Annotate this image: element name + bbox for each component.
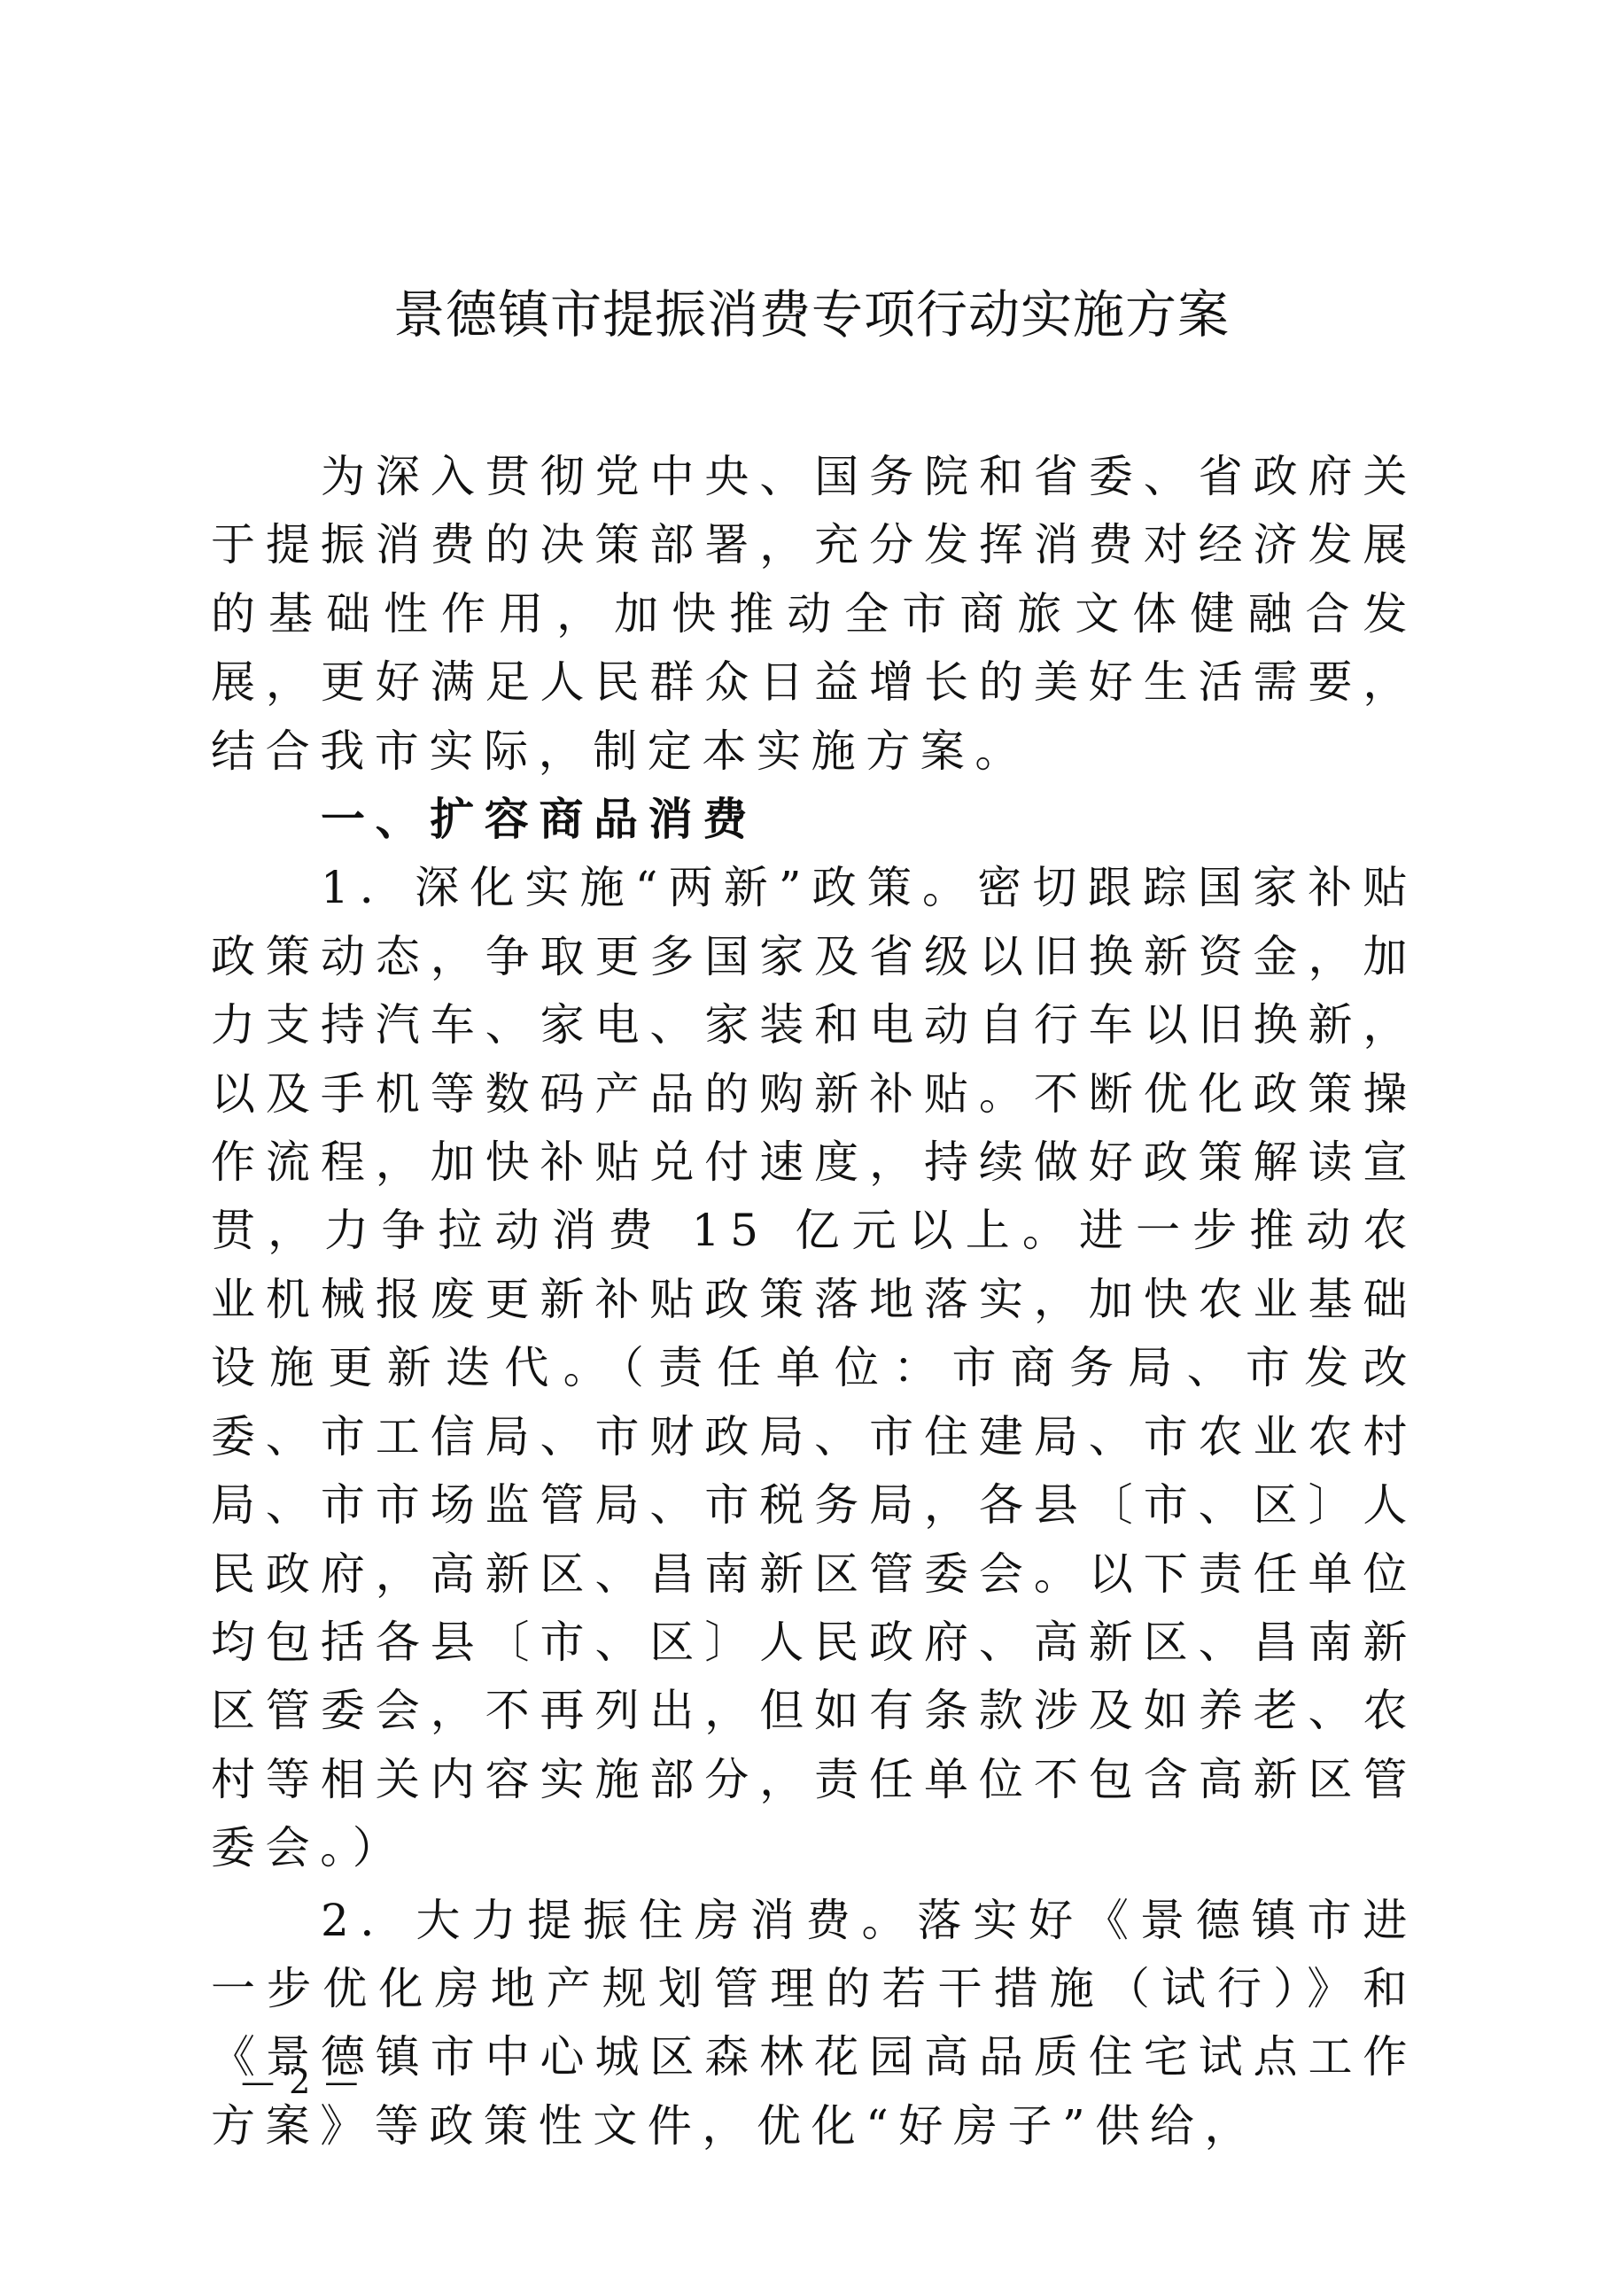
section-item-paragraph: 2．大力提振住房消费。落实好《景德镇市进一步优化房地产规划管理的若干措施（试行）… bbox=[211, 1887, 1417, 2161]
section-heading: 一、扩容商品消费 bbox=[211, 786, 1417, 854]
document-title: 景德镇市提振消费专项行动实施方案 bbox=[0, 275, 1623, 354]
document-page: 景德镇市提振消费专项行动实施方案 为深入贯彻党中央、国务院和省委、省政府关于提振… bbox=[0, 0, 1623, 2296]
document-body: 为深入贯彻党中央、国务院和省委、省政府关于提振消费的决策部署，充分发挥消费对经济… bbox=[211, 443, 1417, 2160]
intro-paragraph: 为深入贯彻党中央、国务院和省委、省政府关于提振消费的决策部署，充分发挥消费对经济… bbox=[211, 443, 1417, 786]
section-item-paragraph: 1．深化实施“两新”政策。密切跟踪国家补贴政策动态，争取更多国家及省级以旧换新资… bbox=[211, 854, 1417, 1882]
page-number: — 2 — bbox=[241, 2057, 360, 2106]
